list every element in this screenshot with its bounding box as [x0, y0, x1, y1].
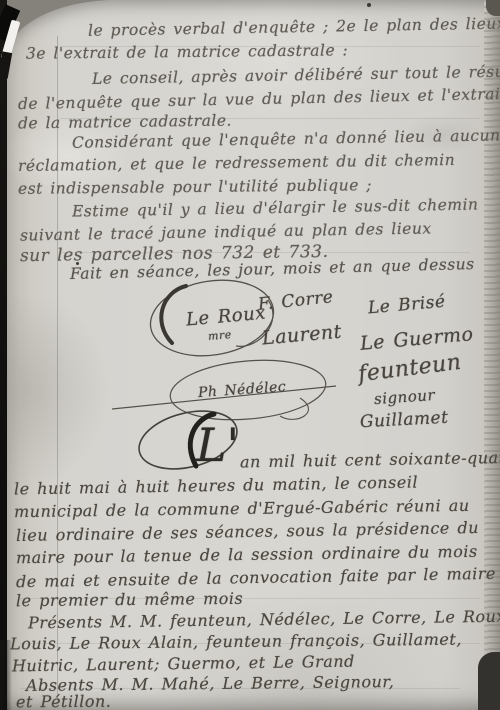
- manuscript-line: le premier du même mois: [16, 591, 243, 609]
- photographed-register-page: le procès verbal d'enquête ; 2e le plan …: [0, 0, 500, 710]
- signature-signour: signour: [374, 388, 436, 407]
- page-deckle-edge: [484, 0, 500, 710]
- manuscript-line: Huitric, Laurent; Guermo, et Le Grand: [12, 654, 355, 675]
- manuscript-line: de la matrice cadastrale.: [18, 114, 232, 132]
- manuscript-line: est indispensable pour l'utilité publiqu…: [18, 178, 372, 197]
- book-spine-edge: [0, 0, 7, 710]
- signature-le-roux-title: mre: [208, 329, 233, 342]
- ink-dot: [367, 3, 371, 7]
- manuscript-line: Louis, Le Roux Alain, feunteun françois,…: [10, 632, 462, 653]
- manuscript-line: 3e l'extrait de la matrice cadastrale :: [26, 43, 348, 62]
- drop-cap: L': [196, 418, 239, 472]
- page-corner-shadow: [478, 652, 500, 710]
- signature-guillamet: Guillamet: [360, 410, 449, 432]
- manuscript-line: an mil huit cent soixante-quatre: [240, 450, 500, 471]
- manuscript-line: et Pétillon.: [16, 694, 111, 710]
